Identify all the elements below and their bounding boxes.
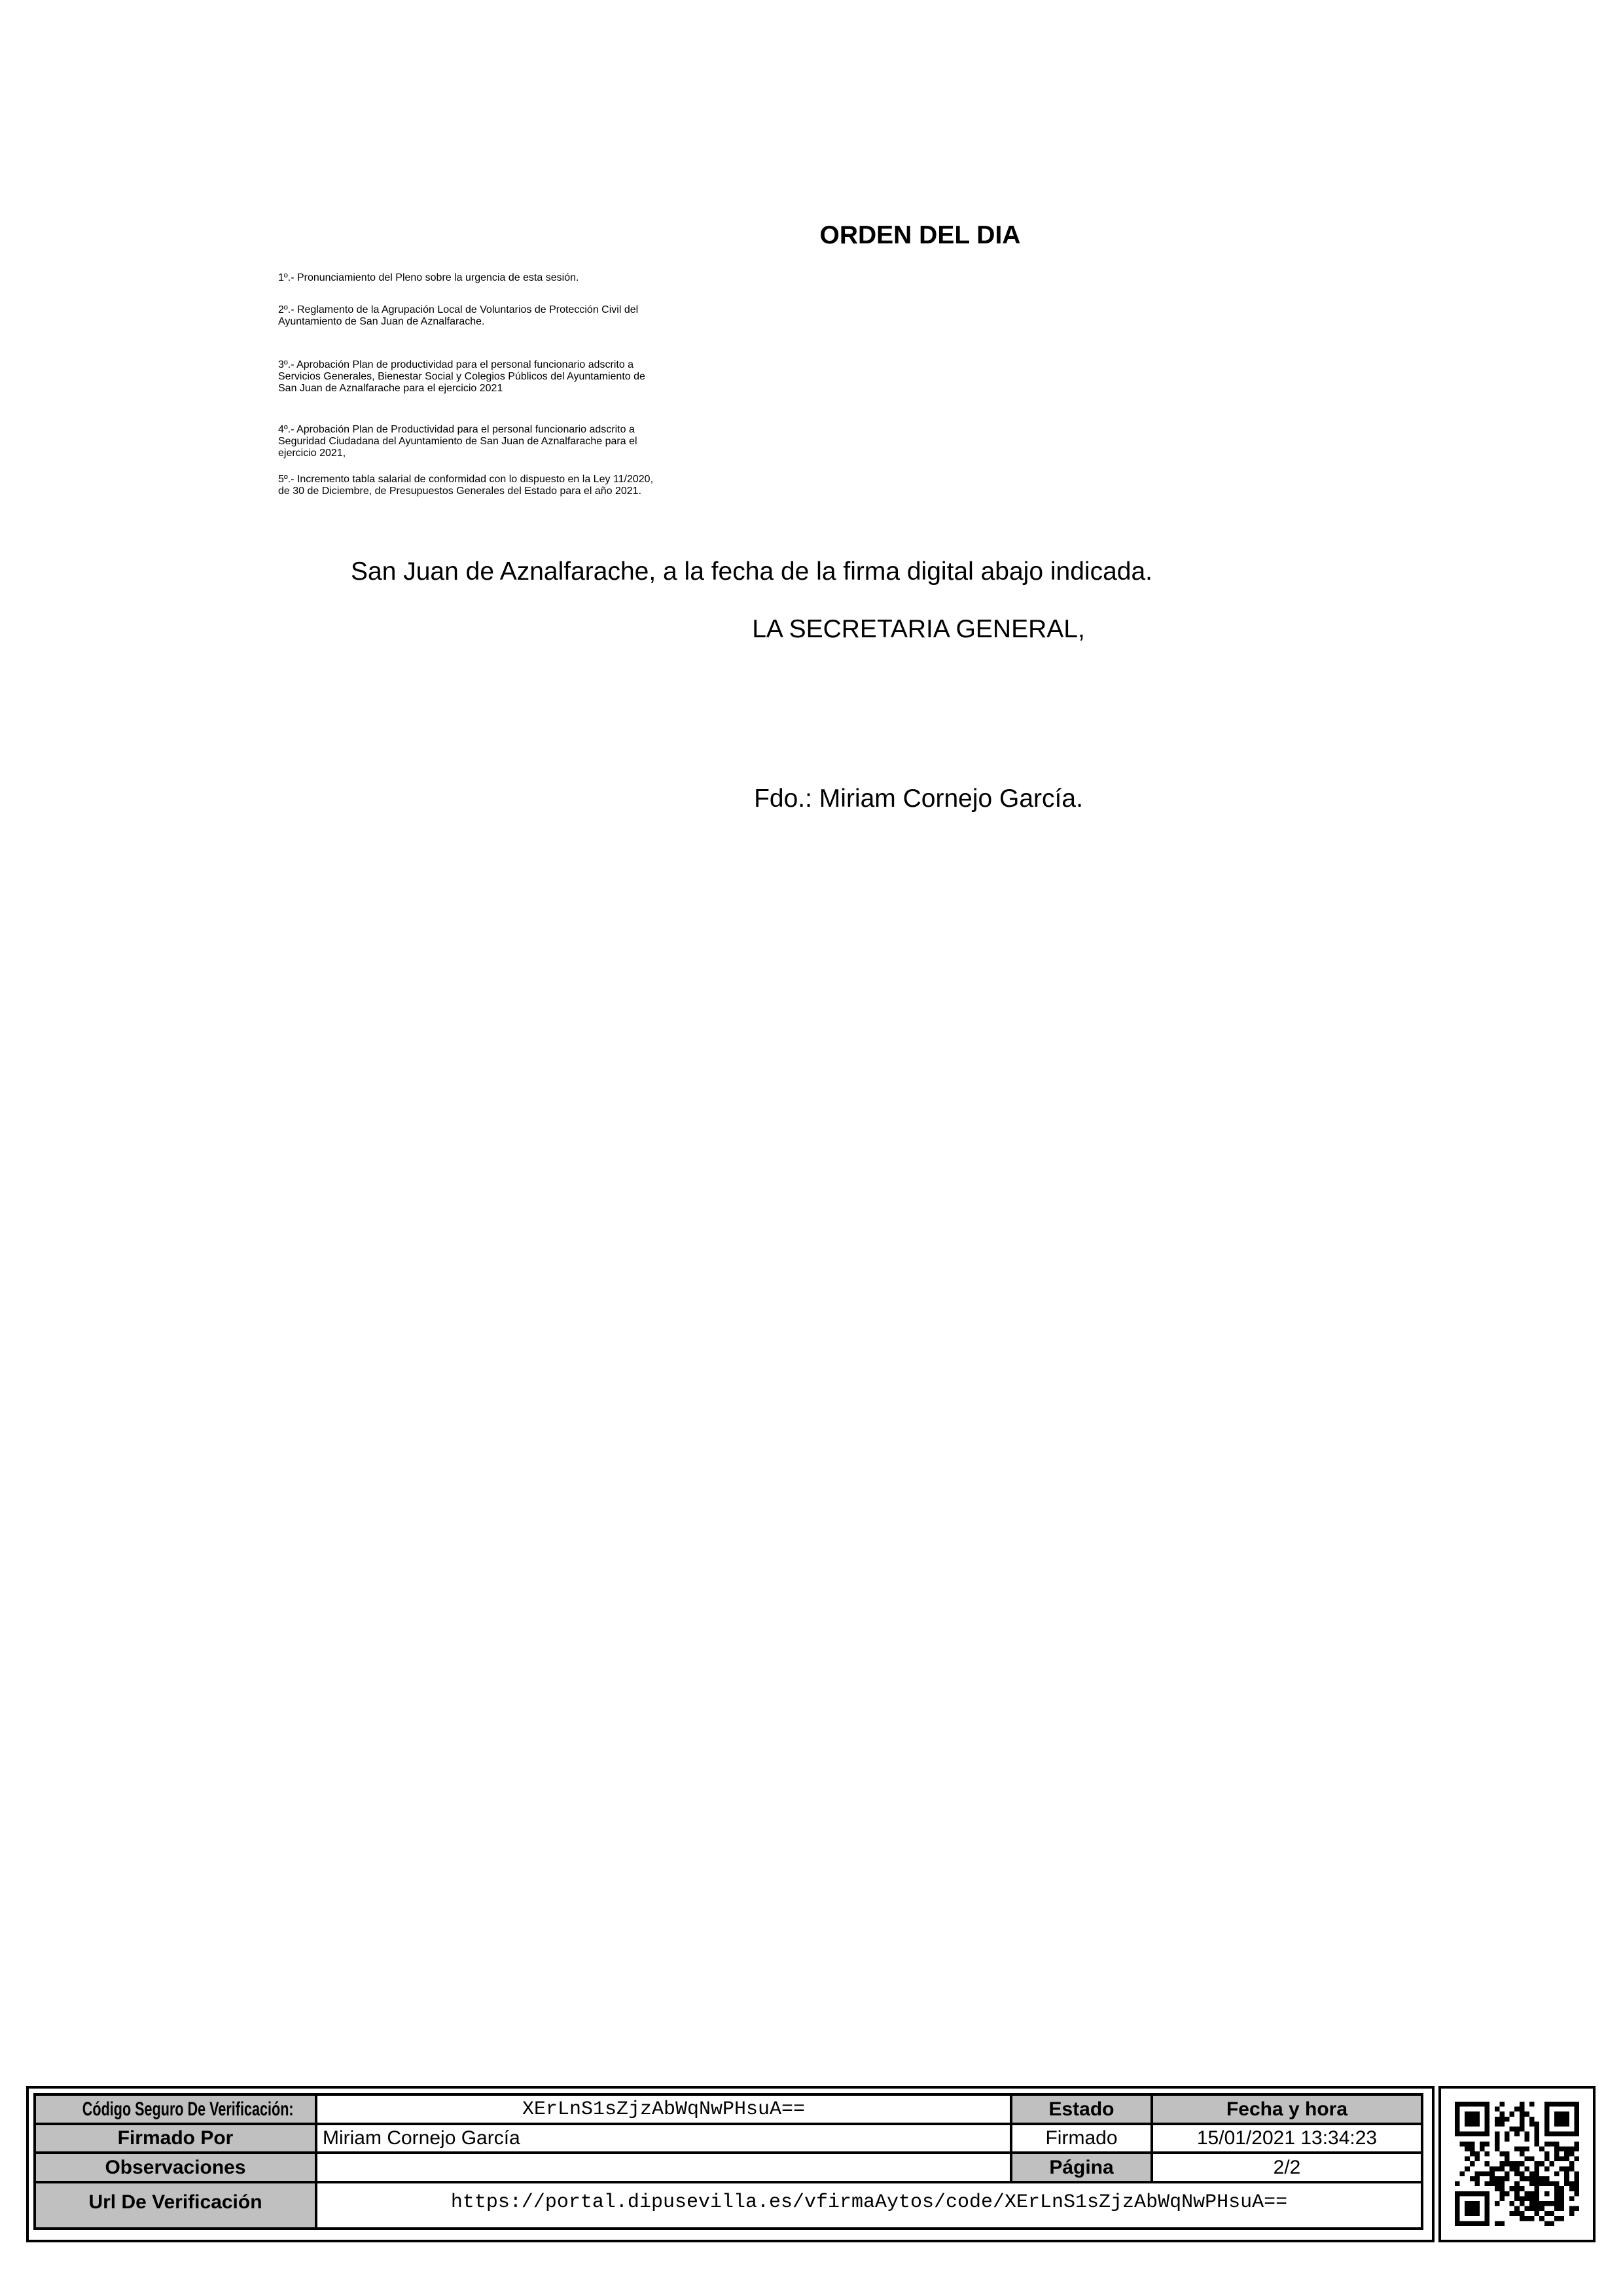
- pagina-value-cell: 2/2: [1152, 2153, 1422, 2182]
- table-row: Firmado Por Miriam Cornejo García Firmad…: [35, 2124, 1422, 2153]
- agenda-item-line: ejercicio 2021,: [278, 448, 1421, 459]
- observations-value-cell: [316, 2153, 1011, 2182]
- estado-header-cell: Estado: [1011, 2094, 1152, 2124]
- pagina-header-cell: Página: [1011, 2153, 1152, 2182]
- verification-footer: Código Seguro De Verificación: XErLnS1sZ…: [26, 2086, 1435, 2242]
- document-page: { "document": { "title": "ORDEN DEL DIA"…: [0, 0, 1623, 2296]
- agenda-item-line: Servicios Generales, Bienestar Social y …: [278, 371, 1421, 383]
- agenda-item-line: Ayuntamiento de San Juan de Aznalfarache…: [278, 316, 1421, 328]
- fecha-value-cell: 15/01/2021 13:34:23: [1152, 2124, 1422, 2153]
- signed-by-value-cell: Miriam Cornejo García: [316, 2124, 1011, 2153]
- signed-by-label-cell: Firmado Por: [35, 2124, 316, 2153]
- qr-code-icon: [1455, 2102, 1579, 2226]
- closing-place-line: San Juan de Aznalfarache, a la fecha de …: [278, 553, 1421, 590]
- table-row: Url De Verificación https://portal.dipus…: [35, 2182, 1422, 2229]
- csv-label: Código Seguro De Verificación:: [82, 2098, 294, 2121]
- table-row: Código Seguro De Verificación: XErLnS1sZ…: [35, 2094, 1422, 2124]
- qr-box: [1438, 2086, 1596, 2242]
- fecha-header-cell: Fecha y hora: [1152, 2094, 1422, 2124]
- csv-label-cell: Código Seguro De Verificación:: [35, 2094, 316, 2124]
- verification-table: Código Seguro De Verificación: XErLnS1sZ…: [33, 2093, 1423, 2230]
- page-title: ORDEN DEL DIA: [419, 217, 1421, 254]
- agenda-item-line: 3º.- Aprobación Plan de productividad pa…: [278, 359, 1421, 371]
- agenda-item-line: 5º.- Incremento tabla salarial de confor…: [278, 474, 1421, 486]
- agenda-item-line: San Juan de Aznalfarache para el ejercic…: [278, 383, 1421, 395]
- url-label-cell: Url De Verificación: [35, 2182, 316, 2229]
- signature-role: LA SECRETARIA GENERAL,: [416, 610, 1421, 648]
- agenda-item-line: 2º.- Reglamento de la Agrupación Local d…: [278, 304, 1421, 316]
- url-value-cell: https://portal.dipusevilla.es/vfirmaAyto…: [316, 2182, 1422, 2229]
- agenda-item-line: 4º.- Aprobación Plan de Productividad pa…: [278, 424, 1421, 436]
- document-body: ORDEN DEL DIA 1º.- Pronunciamiento del P…: [278, 217, 1421, 817]
- agenda-item-line: Seguridad Ciudadana del Ayuntamiento de …: [278, 436, 1421, 448]
- table-row: Observaciones Página 2/2: [35, 2153, 1422, 2182]
- observations-label-cell: Observaciones: [35, 2153, 316, 2182]
- csv-value-cell: XErLnS1sZjzAbWqNwPHsuA==: [316, 2094, 1011, 2124]
- agenda-item-line: 1º.- Pronunciamiento del Pleno sobre la …: [278, 272, 1421, 284]
- signature-name: Fdo.: Miriam Cornejo García.: [416, 780, 1421, 817]
- agenda-item-line: de 30 de Diciembre, de Presupuestos Gene…: [278, 486, 1421, 497]
- estado-value-cell: Firmado: [1011, 2124, 1152, 2153]
